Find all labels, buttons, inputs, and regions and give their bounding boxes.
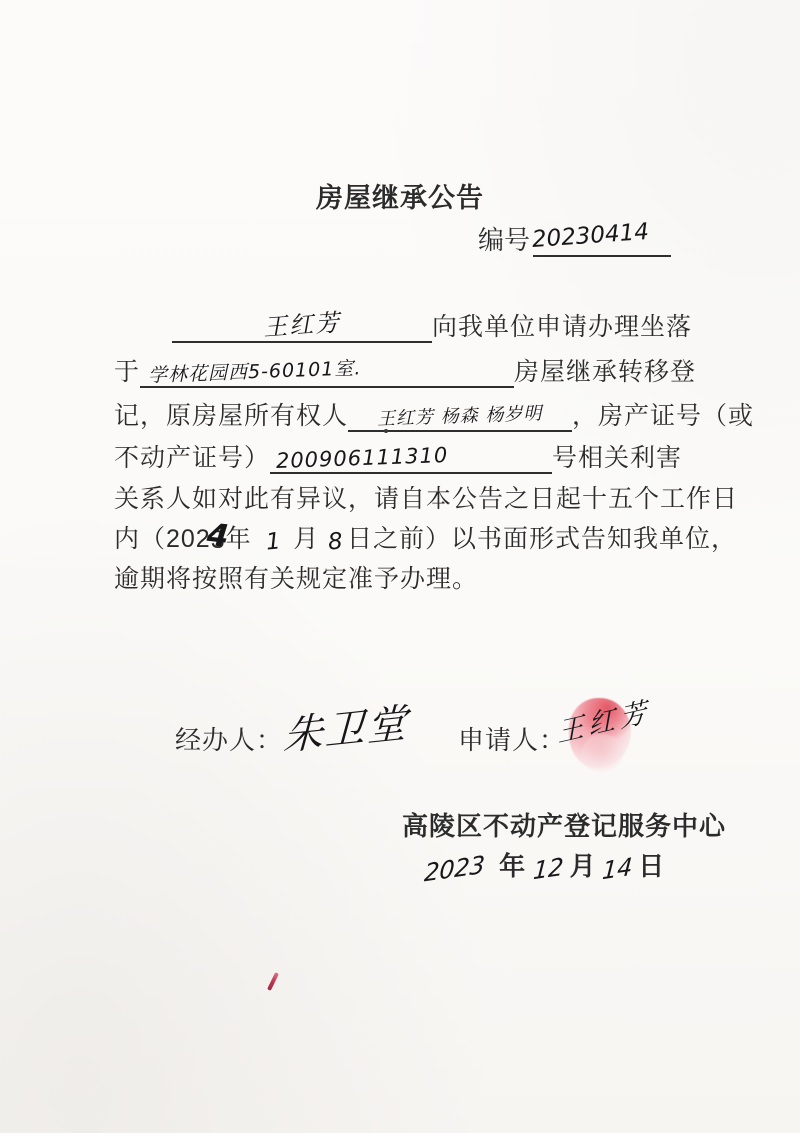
line7-printed-text: 逾期将按照有关规定准予办理。 bbox=[114, 559, 478, 595]
address-handwritten: 学林花园西5-60101室. bbox=[148, 353, 362, 387]
certificate-number-field: 200906111310 bbox=[270, 448, 552, 474]
ink-dot-artifact bbox=[384, 429, 388, 433]
number-label: 编号 bbox=[478, 220, 530, 257]
applicant-name-handwritten: 王红芳 bbox=[262, 302, 342, 342]
footer-month-label: 月 bbox=[570, 846, 596, 883]
footer-date-row: 2023 年 12 月 14 日 bbox=[424, 846, 666, 883]
certificate-number-handwritten: 200906111310 bbox=[276, 443, 449, 473]
footer-year-handwritten: 2023 bbox=[423, 850, 485, 887]
line2-prefix: 于 bbox=[114, 352, 140, 388]
body-line-5: 关系人如对此有异议，请自本公告之日起十五个工作日 bbox=[114, 479, 738, 515]
body-line-1: 王红芳 向我单位申请办理坐落 bbox=[114, 306, 692, 343]
day-handwritten-digit: 8 bbox=[327, 528, 345, 555]
scanned-document-page: 房屋继承公告 编号20230414 王红芳 向我单位申请办理坐落 于 学林花园西… bbox=[0, 0, 800, 1133]
applicant-name-field: 王红芳 bbox=[172, 306, 432, 343]
handler-label: 经办人： bbox=[175, 720, 283, 757]
applicant-label: 申请人： bbox=[458, 720, 566, 757]
handler-signature: 朱卫堂 bbox=[282, 691, 409, 762]
number-underline-field: 20230414 bbox=[533, 224, 671, 257]
body-line-2: 于 学林花园西5-60101室. 房屋继承转移登 bbox=[114, 352, 696, 388]
line4-printed-text: 号相关利害 bbox=[552, 438, 682, 474]
body-line-6: 内（202 3 4 年 1 月 8 日之前）以书面形式告知我单位， bbox=[114, 519, 737, 555]
number-handwritten-value: 20230414 bbox=[531, 219, 650, 253]
owners-handwritten: 王红芳 杨森 杨岁明 bbox=[377, 399, 543, 431]
footer-day-label: 日 bbox=[638, 846, 664, 883]
year-digit-overlap: 3 4 bbox=[211, 526, 226, 555]
footer-year-label: 年 bbox=[499, 846, 525, 883]
organization-name: 高陵区不动产登记服务中心 bbox=[402, 806, 726, 843]
month-handwritten-digit: 1 bbox=[265, 528, 283, 555]
line6-prefix: 内（202 bbox=[114, 519, 211, 555]
line4-prefix: 不动产证号） bbox=[114, 438, 270, 474]
footer-day-handwritten: 14 bbox=[601, 853, 633, 886]
footer-month-handwritten: 12 bbox=[532, 853, 564, 886]
red-pen-mark-artifact bbox=[267, 972, 279, 991]
line6-suffix: 日之前）以书面形式告知我单位， bbox=[347, 519, 737, 555]
line3-prefix: 记，原房屋所有权人 bbox=[114, 396, 348, 432]
body-line-4: 不动产证号） 200906111310 号相关利害 bbox=[114, 438, 682, 474]
line2-printed-text: 房屋继承转移登 bbox=[514, 352, 696, 388]
line6-month-label: 月 bbox=[293, 519, 319, 555]
line5-printed-text: 关系人如对此有异议，请自本公告之日起十五个工作日 bbox=[114, 479, 738, 515]
line1-printed-text: 向我单位申请办理坐落 bbox=[432, 307, 692, 343]
address-field: 学林花园西5-60101室. bbox=[140, 359, 514, 388]
document-title: 房屋继承公告 bbox=[0, 176, 800, 215]
line3-printed-text: ，房产证号（或 bbox=[572, 396, 754, 432]
body-line-3: 记，原房屋所有权人 王红芳 杨森 杨岁明 ，房产证号（或 bbox=[114, 396, 754, 432]
owners-field: 王红芳 杨森 杨岁明 bbox=[348, 404, 572, 432]
document-number-row: 编号20230414 bbox=[478, 220, 671, 257]
year-handwritten-digit: 4 bbox=[205, 517, 231, 555]
body-line-7: 逾期将按照有关规定准予办理。 bbox=[114, 559, 478, 595]
